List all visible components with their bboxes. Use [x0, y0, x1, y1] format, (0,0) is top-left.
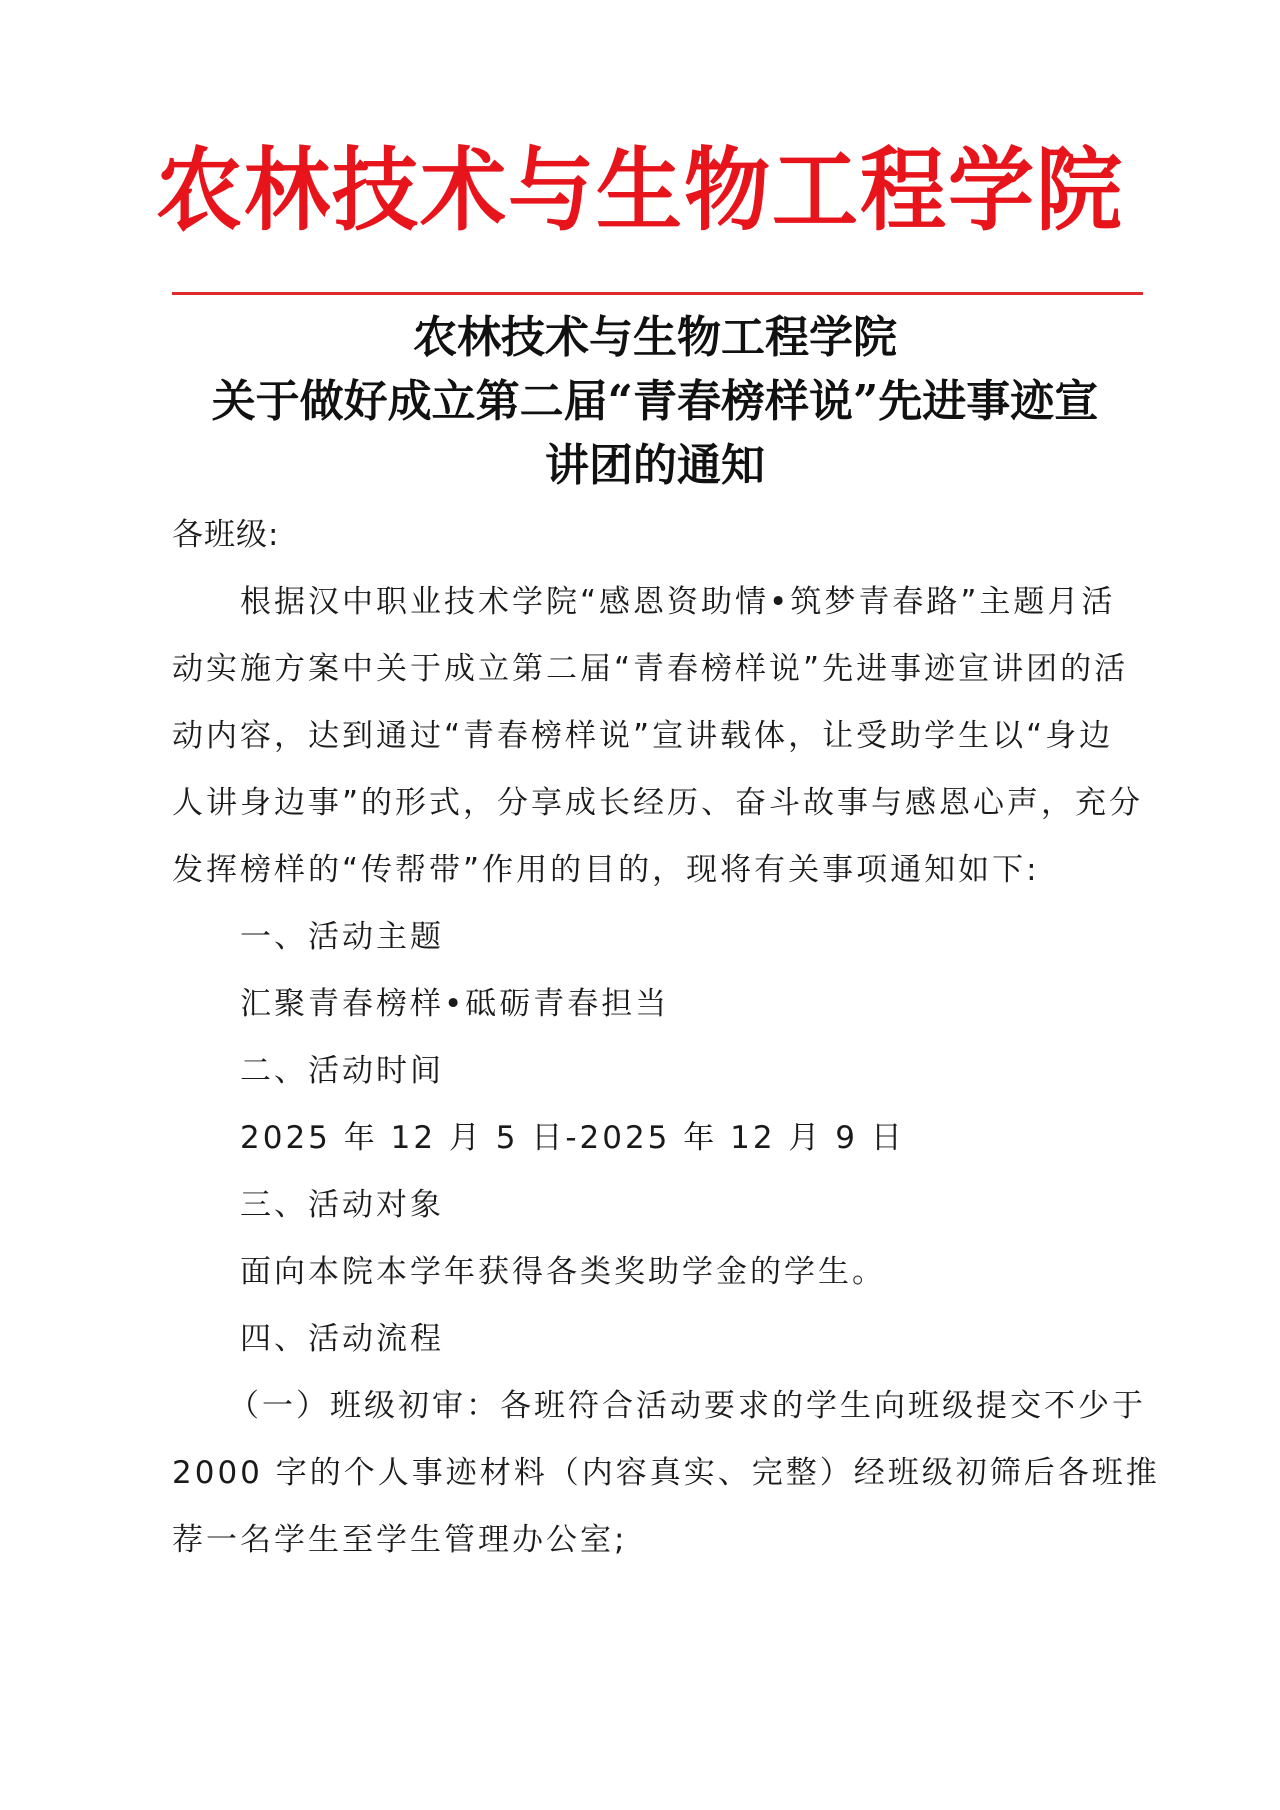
section-heading-audience: 三、活动对象: [172, 1172, 1147, 1239]
document-body: 各班级: 根据汉中职业技术学院“感恩资助情•筑梦青春路”主题月活 动实施方案中关…: [172, 502, 1147, 1574]
section-content-theme: 汇聚青春榜样•砥砺青春担当: [172, 971, 1147, 1038]
red-divider-rule: [172, 292, 1143, 295]
salutation: 各班级:: [172, 502, 1147, 569]
process-line-2: 2000 字的个人事迹材料（内容真实、完整）经班级初筛后各班推: [172, 1440, 1147, 1507]
masthead-org-name: 农林技术与生物工程学院: [0, 133, 1280, 249]
title-line-1: 农林技术与生物工程学院: [160, 306, 1150, 370]
document-title: 农林技术与生物工程学院 关于做好成立第二届“青春榜样说”先进事迹宣 讲团的通知: [160, 306, 1150, 498]
section-heading-theme: 一、活动主题: [172, 904, 1147, 971]
title-line-3: 讲团的通知: [160, 434, 1150, 498]
process-line-1: （一）班级初审：各班符合活动要求的学生向班级提交不少于: [172, 1373, 1147, 1440]
section-heading-process: 四、活动流程: [172, 1306, 1147, 1373]
section-content-time: 2025 年 12 月 5 日-2025 年 12 月 9 日: [172, 1105, 1147, 1172]
intro-line-1: 根据汉中职业技术学院“感恩资助情•筑梦青春路”主题月活: [172, 569, 1147, 636]
section-content-audience: 面向本院本学年获得各类奖助学金的学生。: [172, 1239, 1147, 1306]
intro-line-3: 动内容，达到通过“青春榜样说”宣讲载体，让受助学生以“身边: [172, 703, 1147, 770]
intro-line-5: 发挥榜样的“传帮带”作用的目的，现将有关事项通知如下:: [172, 837, 1147, 904]
document-page: 农林技术与生物工程学院 农林技术与生物工程学院 关于做好成立第二届“青春榜样说”…: [0, 0, 1280, 1810]
process-line-3: 荐一名学生至学生管理办公室;: [172, 1507, 1147, 1574]
title-line-2: 关于做好成立第二届“青春榜样说”先进事迹宣: [160, 370, 1150, 434]
intro-line-2: 动实施方案中关于成立第二届“青春榜样说”先进事迹宣讲团的活: [172, 636, 1147, 703]
intro-line-4: 人讲身边事”的形式，分享成长经历、奋斗故事与感恩心声，充分: [172, 770, 1147, 837]
section-heading-time: 二、活动时间: [172, 1038, 1147, 1105]
